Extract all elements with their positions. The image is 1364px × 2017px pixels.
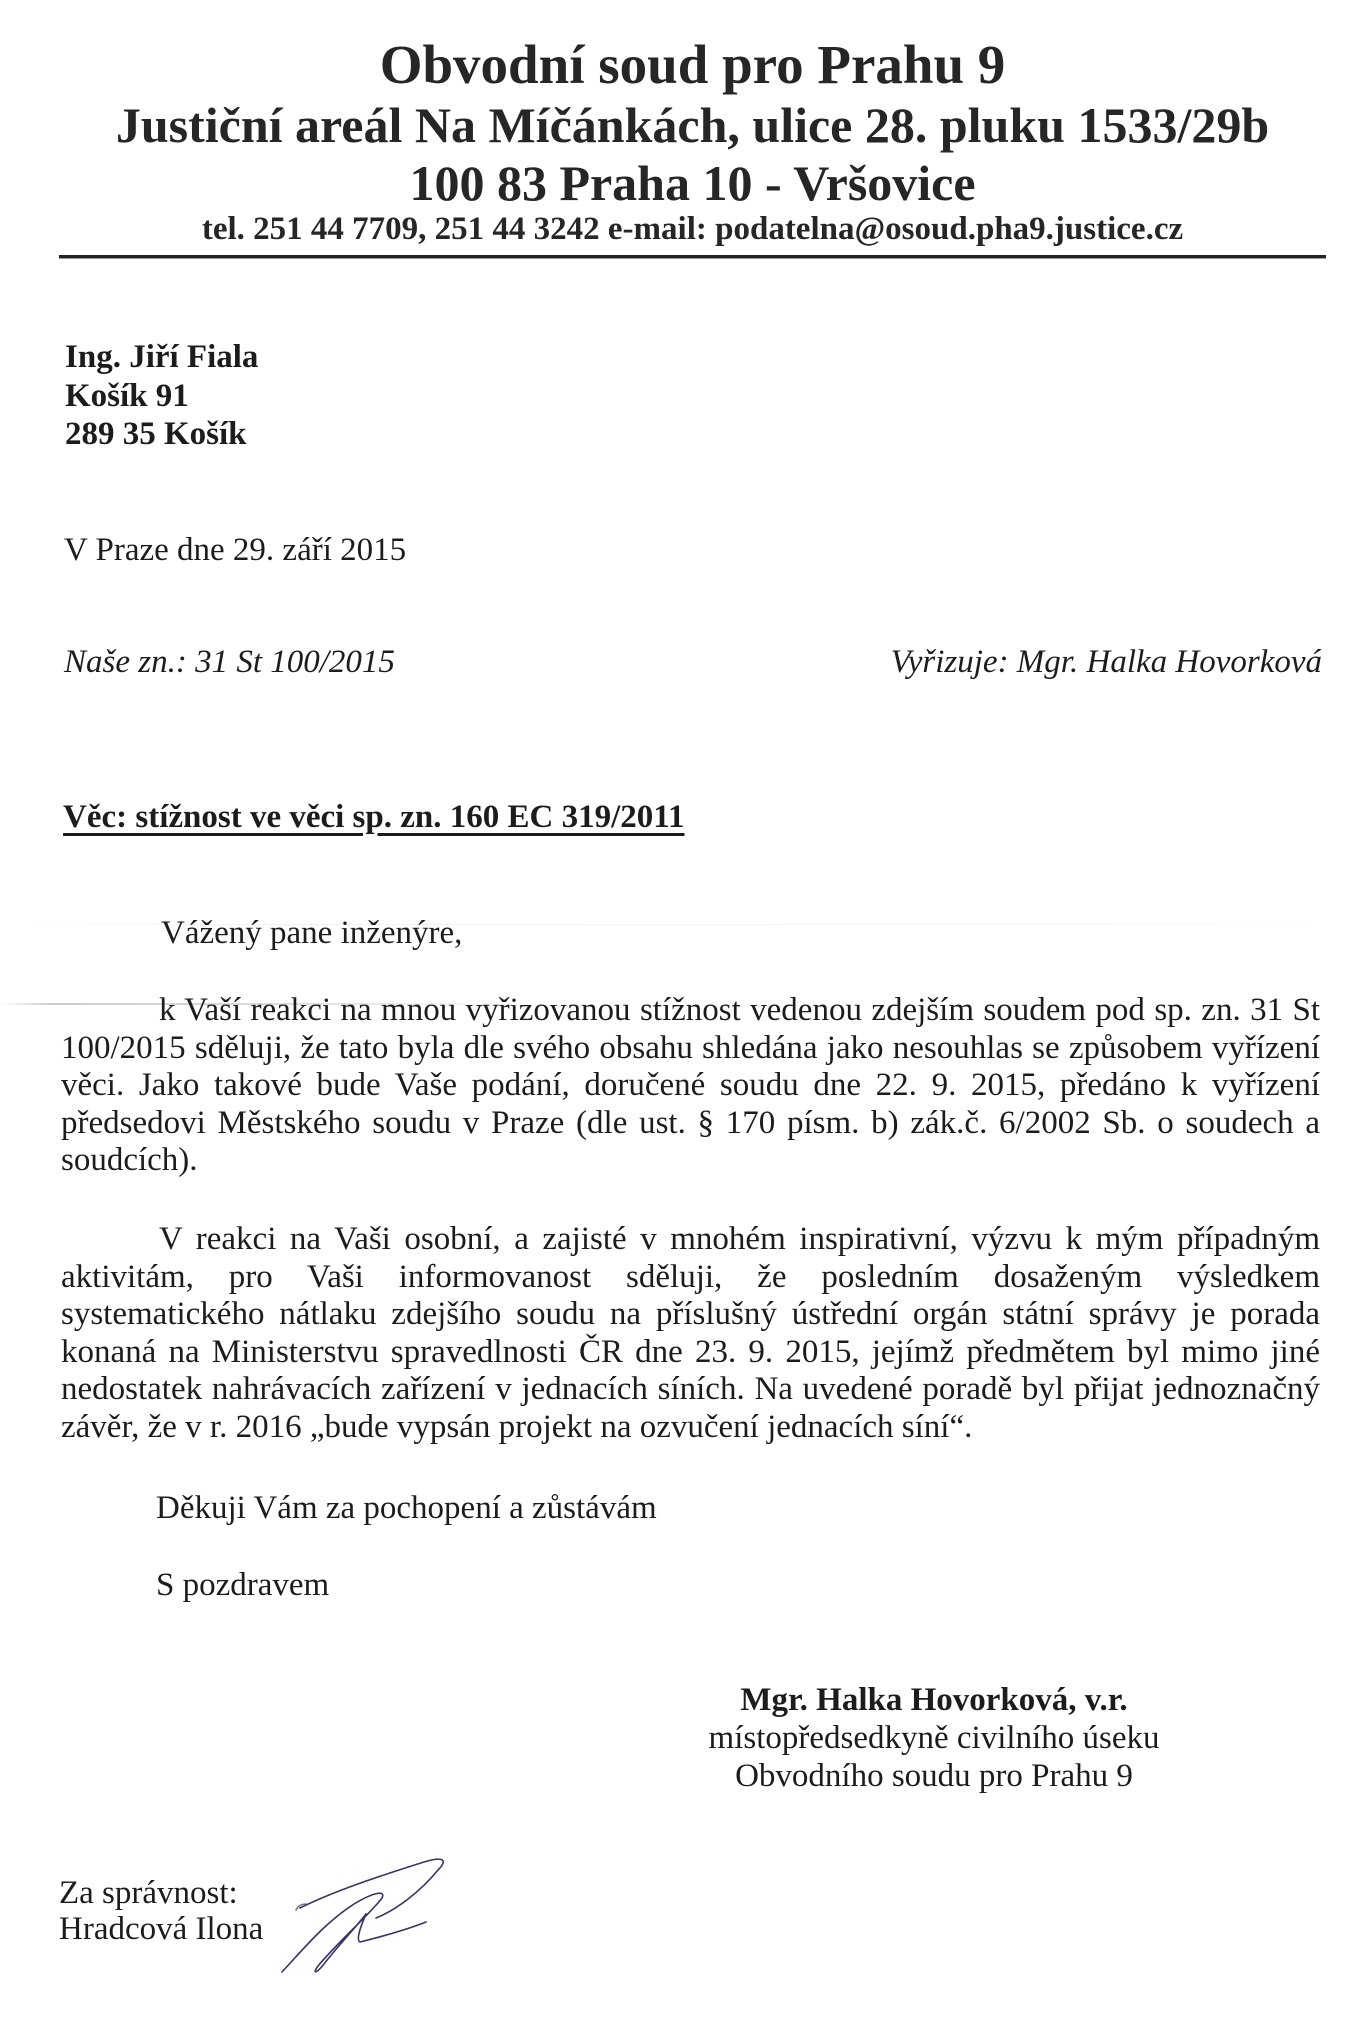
closing-regards: S pozdravem bbox=[156, 1566, 329, 1604]
signatory-title: místopředsedkyně civilního úseku bbox=[634, 1719, 1234, 1757]
verification-block: Za správnost: Hradcová Ilona bbox=[59, 1875, 263, 1947]
paragraph-line: konaná na Ministerstvu spravedlnosti ČR … bbox=[61, 1333, 1320, 1371]
paragraph-line: 100/2015 sděluji, že tato byla dle svého… bbox=[61, 1029, 1320, 1067]
recipient-address: Ing. Jiří Fiala Košík 91 289 35 Košík bbox=[65, 338, 258, 454]
handwritten-signature-icon bbox=[276, 1856, 452, 1980]
salutation: Vážený pane inženýre, bbox=[161, 914, 462, 952]
paragraph-line: nedostatek nahrávacích zařízení v jednac… bbox=[61, 1370, 1320, 1408]
recipient-postal: 289 35 Košík bbox=[65, 415, 258, 454]
handled-by: Vyřizuje: Mgr. Halka Hovorková bbox=[891, 643, 1322, 681]
paragraph-line: k Vaší reakci na mnou vyřizovanou stížno… bbox=[61, 991, 1320, 1029]
paragraph-line: systematického nátlaku zdejšího soudu na… bbox=[61, 1295, 1320, 1333]
verification-label: Za správnost: bbox=[59, 1875, 263, 1911]
paragraph-line: předsedovi Městského soudu v Praze (dle … bbox=[61, 1104, 1320, 1142]
date-line: V Praze dne 29. září 2015 bbox=[64, 531, 406, 569]
paragraph-line: věci. Jako takové bude Vaše podání, doru… bbox=[61, 1066, 1320, 1104]
paragraph-line: soudcích). bbox=[61, 1141, 1320, 1179]
body-paragraph-2: V reakci na Vaši osobní, a zajisté v mno… bbox=[61, 1220, 1320, 1446]
recipient-name: Ing. Jiří Fiala bbox=[65, 338, 258, 377]
verification-name: Hradcová Ilona bbox=[59, 1911, 263, 1947]
subject-line: Věc: stížnost ve věci sp. zn. 160 EC 319… bbox=[63, 798, 684, 836]
signatory-office: Obvodního soudu pro Prahu 9 bbox=[634, 1757, 1234, 1795]
body-paragraph-1: k Vaší reakci na mnou vyřizovanou stížno… bbox=[61, 991, 1320, 1179]
signatory-block: Mgr. Halka Hovorková, v.r. místopředsedk… bbox=[634, 1681, 1234, 1795]
closing-thanks: Děkuji Vám za pochopení a zůstávám bbox=[156, 1489, 657, 1527]
court-address: Justiční areál Na Míčánkách, ulice 28. p… bbox=[59, 97, 1326, 153]
paragraph-line: aktivitám, pro Vaši informovanost sděluj… bbox=[61, 1258, 1320, 1296]
paragraph-line: závěr, že v r. 2016 „bude vypsán projekt… bbox=[61, 1408, 1320, 1446]
our-reference: Naše zn.: 31 St 100/2015 bbox=[64, 643, 395, 681]
signatory-name: Mgr. Halka Hovorková, v.r. bbox=[634, 1681, 1234, 1719]
paragraph-line: V reakci na Vaši osobní, a zajisté v mno… bbox=[61, 1220, 1320, 1258]
letterhead-divider bbox=[59, 255, 1326, 258]
court-city: 100 83 Praha 10 - Vršovice bbox=[59, 155, 1326, 211]
court-contact: tel. 251 44 7709, 251 44 3242 e-mail: po… bbox=[59, 210, 1326, 248]
recipient-street: Košík 91 bbox=[65, 377, 258, 416]
court-name: Obvodní soud pro Prahu 9 bbox=[59, 35, 1326, 95]
